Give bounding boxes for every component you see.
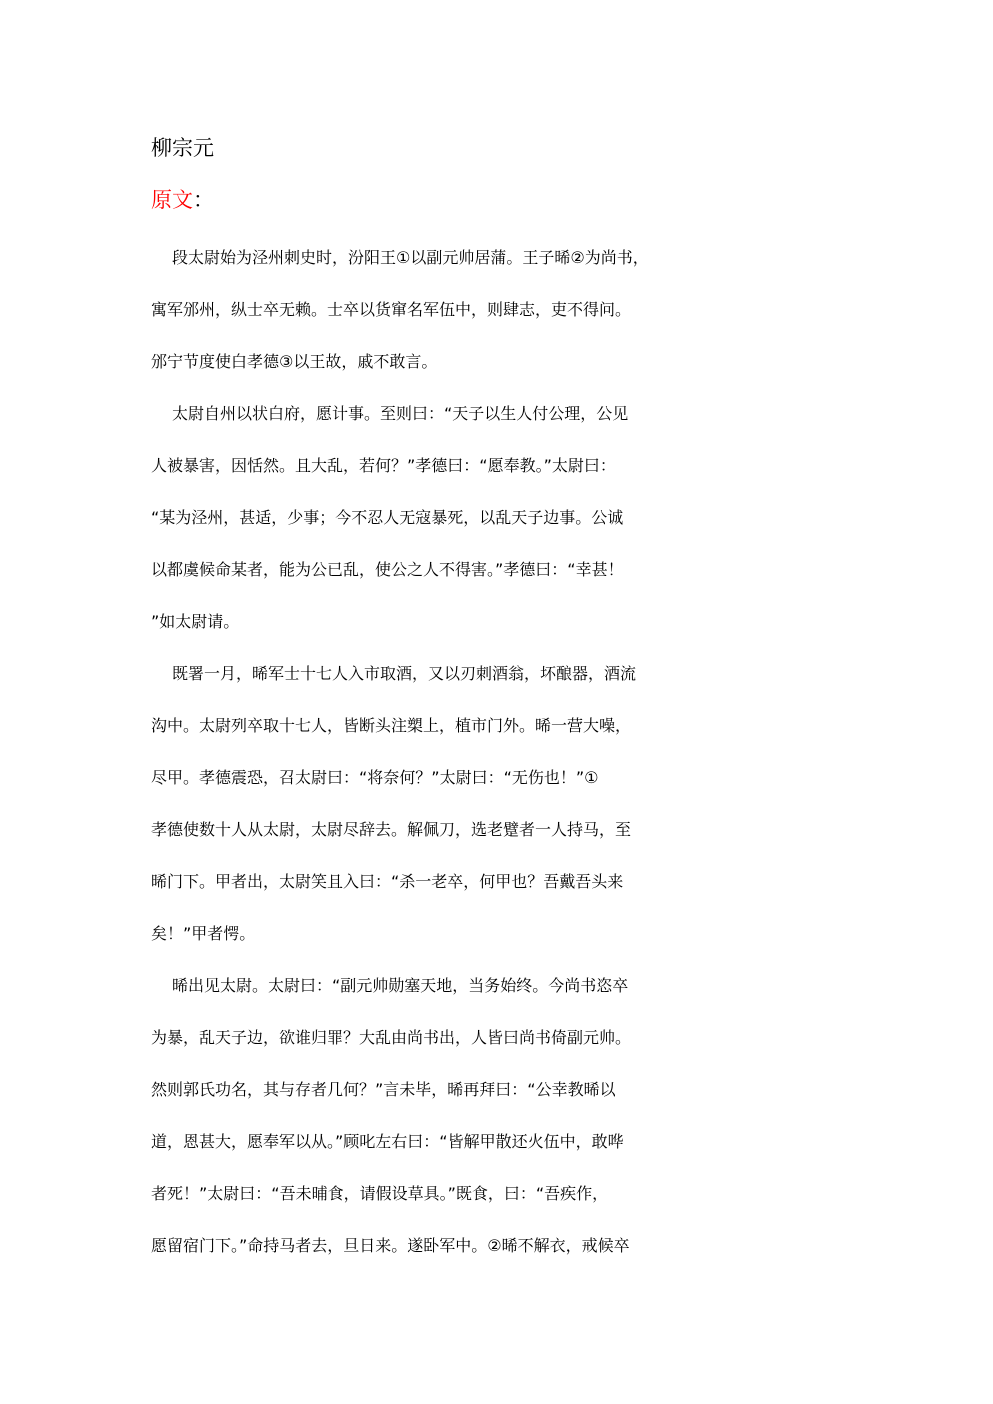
section-label: 原文： [151, 180, 841, 220]
text-line: 晞出见太尉。太尉曰：“副元帅勋塞天地，当务始终。今尚书恣卒 [151, 960, 841, 1012]
text-line: 邠宁节度使白孝德③以王故，戚不敢言。 [151, 336, 841, 388]
text-line: 然则郭氏功名，其与存者几何？”言未毕，晞再拜曰：“公幸教晞以 [151, 1064, 841, 1116]
text-line: 段太尉始为泾州刺史时，汾阳王①以副元帅居蒲。王子晞②为尚书， [151, 232, 841, 284]
text-line: 晞门下。甲者出，太尉笑且入曰：“杀一老卒，何甲也？吾戴吾头来 [151, 856, 841, 908]
text-line: 太尉自州以状白府，愿计事。至则曰：“天子以生人付公理，公见 [151, 388, 841, 440]
text-line: 人被暴害，因恬然。且大乱，若何？”孝德曰：“愿奉教。”太尉曰： [151, 440, 841, 492]
text-line: 孝德使数十人从太尉，太尉尽辞去。解佩刀，选老躄者一人持马，至 [151, 804, 841, 856]
text-line: 尽甲。孝德震恐，召太尉曰：“将奈何？”太尉曰：“无伤也！”① [151, 752, 841, 804]
text-line: 以都虞候命某者，能为公已乱，使公之人不得害。”孝德曰：“幸甚！ [151, 544, 841, 596]
text-line: 为暴，乱天子边，欲谁归罪？大乱由尚书出，人皆曰尚书倚副元帅。 [151, 1012, 841, 1064]
paragraph-3: 既署一月，晞军士十七人入市取酒，又以刃刺酒翁，坏酿器，酒流 沟中。太尉列卒取十七… [151, 648, 841, 960]
paragraph-2: 太尉自州以状白府，愿计事。至则曰：“天子以生人付公理，公见 人被暴害，因恬然。且… [151, 388, 841, 648]
paragraph-1: 段太尉始为泾州刺史时，汾阳王①以副元帅居蒲。王子晞②为尚书， 寓军邠州，纵士卒无… [151, 232, 841, 388]
text-line: ”如太尉请。 [151, 596, 841, 648]
paragraph-4: 晞出见太尉。太尉曰：“副元帅勋塞天地，当务始终。今尚书恣卒 为暴，乱天子边，欲谁… [151, 960, 841, 1272]
text-line: 寓军邠州，纵士卒无赖。士卒以货窜名军伍中，则肆志，吏不得问。 [151, 284, 841, 336]
text-line: 者死！”太尉曰：“吾未晡食，请假设草具。”既食，曰：“吾疾作， [151, 1168, 841, 1220]
text-line: 沟中。太尉列卒取十七人，皆断头注槊上，植市门外。晞一营大噪， [151, 700, 841, 752]
section-label-text: 原文 [151, 188, 193, 212]
author-heading: 柳宗元 [151, 128, 841, 168]
text-line: “某为泾州，甚适，少事；今不忍人无寇暴死，以乱天子边事。公诚 [151, 492, 841, 544]
document-page: 柳宗元 原文： 段太尉始为泾州刺史时，汾阳王①以副元帅居蒲。王子晞②为尚书， 寓… [151, 128, 841, 1272]
section-label-colon: ： [193, 188, 214, 212]
text-line: 愿留宿门下。”命持马者去，旦日来。遂卧军中。②晞不解衣，戒候卒 [151, 1220, 841, 1272]
text-line: 矣！”甲者愕。 [151, 908, 841, 960]
text-line: 既署一月，晞军士十七人入市取酒，又以刃刺酒翁，坏酿器，酒流 [151, 648, 841, 700]
text-line: 道，恩甚大，愿奉军以从。”顾叱左右曰：“皆解甲散还火伍中，敢哗 [151, 1116, 841, 1168]
